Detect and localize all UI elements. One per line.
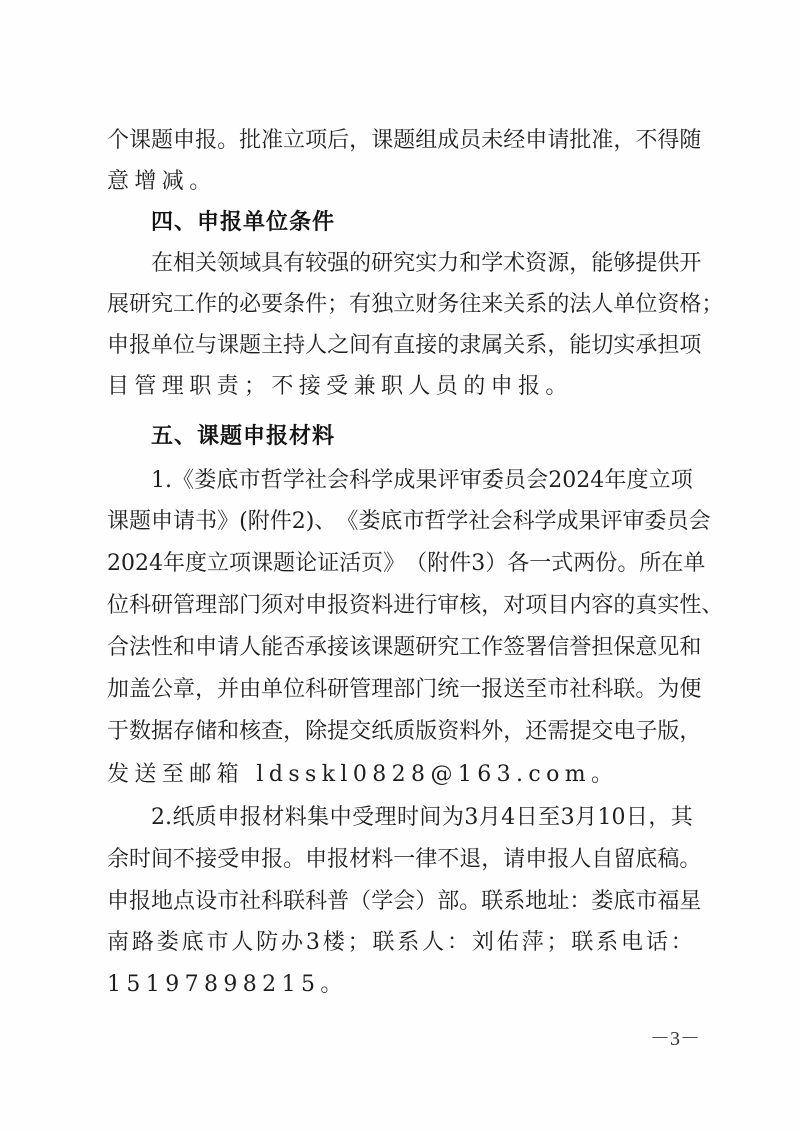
list-item-1-line: 合法性和申请人能否承接该课题研究工作签署信誉担保意见和 bbox=[107, 633, 693, 663]
paragraph-line: 展研究工作的必要条件；有独立财务往来关系的法人单位资格； bbox=[107, 290, 693, 320]
email-line: 发送至邮箱 ldsskl0828@163.com。 bbox=[107, 760, 693, 790]
phone-line: 15197898215。 bbox=[107, 970, 693, 1000]
paragraph-line: 申报单位与课题主持人之间有直接的隶属关系，能切实承担项 bbox=[107, 331, 693, 361]
section-heading-application-materials: 五、课题申报材料 bbox=[151, 422, 335, 452]
list-item-2-line: 2.纸质申报材料集中受理时间为3月4日至3月10日，其 bbox=[151, 803, 693, 833]
list-item-2-line: 申报地点设市社科联科普（学会）部。联系地址：娄底市福星 bbox=[107, 887, 693, 917]
section-heading-applicant-conditions: 四、申报单位条件 bbox=[151, 208, 335, 238]
contact-line: 南路娄底市人防办3楼；联系人：刘佑萍；联系电话： bbox=[107, 928, 693, 958]
page-number: －3－ bbox=[650, 1026, 700, 1052]
document-page: 个课题申报。批准立项后，课题组成员未经申请批准，不得随 意增减。 四、申报单位条… bbox=[0, 0, 800, 1131]
paragraph-line: 在相关领域具有较强的研究实力和学术资源，能够提供开 bbox=[151, 249, 693, 279]
list-item-1-line: 2024年度立项课题论证活页》（附件3）各一式两份。所在单 bbox=[107, 549, 693, 579]
list-item-1-line: 课题申请书》(附件2)、《娄底市哲学社会科学成果评审委员会 bbox=[107, 507, 693, 537]
list-item-2-line: 余时间不接受申报。申报材料一律不退，请申报人自留底稿。 bbox=[107, 845, 693, 875]
list-item-1-line: 位科研管理部门须对申报资料进行审核，对项目内容的真实性、 bbox=[107, 591, 693, 621]
list-item-1-line: 于数据存储和核查，除提交纸质版资料外，还需提交电子版， bbox=[107, 717, 693, 747]
paragraph-line: 个课题申报。批准立项后，课题组成员未经申请批准，不得随 bbox=[107, 126, 693, 156]
list-item-1-line: 1.《娄底市哲学社会科学成果评审委员会2024年度立项 bbox=[151, 466, 693, 496]
paragraph-line: 目管理职责；不接受兼职人员的申报。 bbox=[107, 372, 693, 402]
list-item-1-line: 加盖公章，并由单位科研管理部门统一报送至市社科联。为便 bbox=[107, 675, 693, 705]
paragraph-line: 意增减。 bbox=[107, 167, 693, 197]
